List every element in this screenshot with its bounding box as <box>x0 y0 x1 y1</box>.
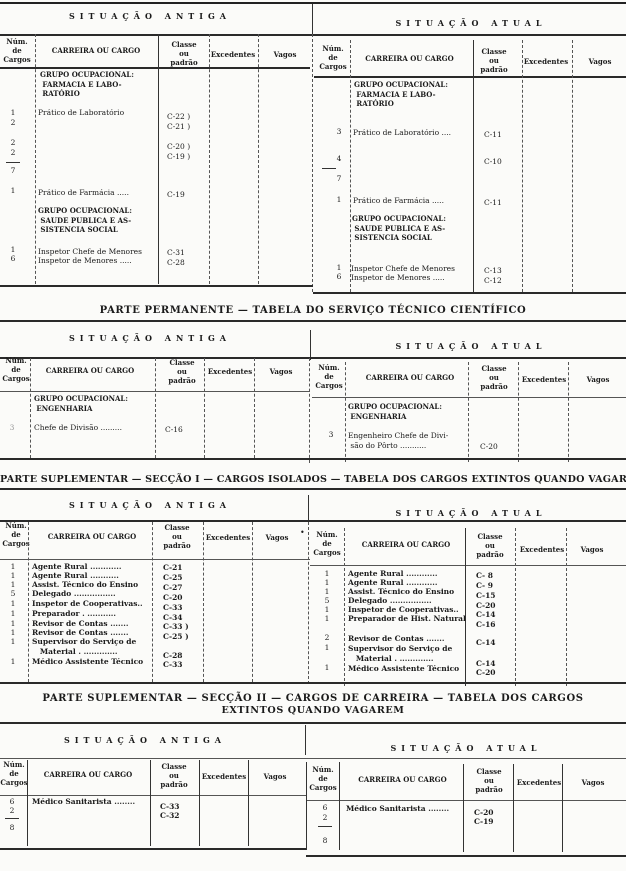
num-cargos: 3 <box>322 430 340 440</box>
col-divider <box>572 40 573 292</box>
col-divider <box>199 760 200 846</box>
cargo: Engenheiro Chefe de Divi- são do Pôrto .… <box>348 431 448 450</box>
col-num-header: Núm.deCargos <box>0 760 28 787</box>
classe: C-25 ) <box>163 632 189 642</box>
col-vagos-header: Vagos <box>252 533 302 542</box>
col-divider <box>254 358 255 458</box>
classe: C-21 ) <box>167 122 190 132</box>
cargo: Supervisor do Serviço de Material . ....… <box>348 644 452 663</box>
col-divider <box>158 34 159 284</box>
classe: C-33 <box>163 660 183 670</box>
col-num-header: Núm.deCargos <box>306 765 340 792</box>
section-bottom-rule <box>0 682 626 684</box>
classe: C-28 <box>167 258 185 268</box>
col-divider <box>312 34 313 292</box>
header-rule <box>0 758 626 759</box>
col-carreira-header: CARREIRA OU CARGO <box>32 532 152 541</box>
col-divider <box>27 760 28 846</box>
col-divider <box>518 362 519 462</box>
col-divider <box>30 358 31 458</box>
header-bottom-rule <box>306 800 626 801</box>
col-excedentes-header: Excedentes <box>202 533 254 542</box>
top-rule <box>0 2 626 4</box>
num-cargos: 5 <box>4 589 22 599</box>
col-divider <box>258 34 259 284</box>
col-carreira-header: CARREIRA OU CARGO <box>346 540 466 549</box>
col-classe-header: Classeoupadrão <box>160 40 208 67</box>
num-cargos: 1 <box>318 614 336 624</box>
classe: C-14 <box>476 638 496 648</box>
col-vagos-header: Vagos <box>256 367 306 376</box>
classe: C-15 <box>476 591 496 601</box>
section-bottom-rule <box>0 285 313 287</box>
num-cargos-total: 7 <box>330 174 348 184</box>
classe: C-16 <box>165 425 183 435</box>
divider <box>305 725 306 755</box>
col-num-header: Núm.deCargos <box>316 44 350 71</box>
section-title-line1: PARTE SUPLEMENTAR — SECÇÃO II — CARGOS D… <box>0 693 626 704</box>
section-title: PARTE PERMANENTE — TABELA DO SERVIÇO TÉC… <box>0 305 626 316</box>
section-bottom-rule <box>0 848 306 850</box>
num-cargos-total: 7 <box>4 166 22 176</box>
col-num-header: Núm.deCargos <box>0 356 32 383</box>
cargo: Prático de Laboratório .... <box>353 128 451 138</box>
col-classe-header: Classeoupadrão <box>470 364 518 391</box>
section-bottom-rule <box>0 458 626 460</box>
divider <box>310 330 311 360</box>
col-divider <box>35 34 36 284</box>
situacao-atual-title: SITUAÇÃO ATUAL <box>316 18 626 28</box>
group-title: GRUPO OCUPACIONAL: FARMACIA E LABO- RATÓ… <box>354 80 448 109</box>
cargo: Médico Sanitarista ........ <box>32 797 135 807</box>
col-divider <box>152 522 153 682</box>
header-bottom-rule <box>310 565 626 566</box>
col-divider <box>468 362 469 462</box>
col-divider <box>566 528 567 686</box>
asterisk-mark: • <box>300 528 305 537</box>
num-cargos: 6 <box>330 272 348 282</box>
col-vagos-header: Vagos <box>568 545 616 554</box>
classe: C-11 <box>484 130 502 140</box>
col-divider <box>150 760 151 846</box>
num-cargos: 2 <box>4 138 22 148</box>
classe: C-33 ) <box>163 622 189 632</box>
header-bottom-rule <box>0 795 306 796</box>
col-excedentes-header: Excedentes <box>522 57 570 66</box>
sum-rule <box>322 168 336 169</box>
situacao-antiga-title: SITUAÇÃO ANTIGA <box>0 333 300 343</box>
classe: C-19 <box>167 190 185 200</box>
sum-rule <box>318 826 332 827</box>
header-bottom-rule <box>312 397 626 398</box>
col-vagos-header: Vagos <box>574 375 622 384</box>
col-divider <box>344 528 345 686</box>
col-divider <box>522 40 523 292</box>
classe: C-33 <box>163 603 183 613</box>
header-rule <box>0 34 626 36</box>
col-divider <box>155 358 156 458</box>
group-title: GRUPO OCUPACIONAL: SAUDE PUBLICA E AS- S… <box>352 214 446 243</box>
situacao-atual-title: SITUAÇÃO ATUAL <box>316 341 626 351</box>
col-classe-header: Classeoupadrão <box>150 762 198 789</box>
cargo: Inspetor de Menores ..... <box>351 273 445 283</box>
col-divider <box>309 358 310 463</box>
col-carreira-header: CARREIRA OU CARGO <box>28 770 148 779</box>
num-cargos: 1 <box>330 195 348 205</box>
col-divider <box>345 362 346 462</box>
cargo: Médico Assistente Técnico <box>348 664 459 674</box>
title-rule <box>0 488 626 490</box>
group-title: GRUPO OCUPACIONAL: FARMACIA E LABO- RATÓ… <box>40 70 134 99</box>
col-divider <box>28 522 29 682</box>
sum-rule <box>6 162 20 163</box>
num-cargos: 3 <box>330 127 348 137</box>
col-excedentes-header: Excedentes <box>209 50 257 59</box>
col-excedentes-header: Excedentes <box>513 778 565 787</box>
situacao-atual-title: SITUAÇÃO ATUAL <box>316 743 616 753</box>
col-divider <box>339 762 340 850</box>
col-classe-header: Classeoupadrão <box>466 532 514 559</box>
cargo: Chefe de Divisão ......... <box>34 423 122 433</box>
title-rule <box>0 722 626 724</box>
num-cargos: 2 <box>318 633 336 643</box>
header-rule <box>0 357 626 359</box>
classe: C-20 <box>480 442 498 452</box>
classe: C-27 <box>163 583 183 593</box>
num-cargos: 1 <box>4 599 22 609</box>
classe: C-10 <box>484 157 502 167</box>
num-cargos-total: 8 <box>3 823 21 833</box>
num-cargos: 6 <box>316 803 334 813</box>
col-excedentes-header: Excedentes <box>520 375 568 384</box>
classe: C-20 <box>163 593 183 603</box>
classe: C-14 <box>476 610 496 620</box>
num-cargos-total: 8 <box>316 836 334 846</box>
num-cargos: 1 <box>4 108 22 118</box>
col-carreira-header: CARREIRA OU CARGO <box>30 366 150 375</box>
situacao-antiga-title: SITUAÇÃO ANTIGA <box>0 11 300 21</box>
col-divider <box>473 40 474 292</box>
cargo: Supervisor do Serviço de Material . ....… <box>32 637 136 656</box>
section-title: PARTE SUPLEMENTAR — SECÇÃO I — CARGOS IS… <box>0 474 626 485</box>
title-rule <box>0 320 626 322</box>
num-cargos: 1 <box>4 637 22 647</box>
col-vagos-header: Vagos <box>250 772 300 781</box>
classe: C-31 <box>167 248 185 258</box>
col-excedentes-header: Excedentes <box>199 772 249 781</box>
classe: C-16 <box>476 620 496 630</box>
classe: C-21 <box>163 563 183 573</box>
col-excedentes-header: Excedentes <box>206 367 254 376</box>
divider <box>312 4 313 34</box>
situacao-atual-title: SITUAÇÃO ATUAL <box>316 508 626 518</box>
col-num-header: Núm.deCargos <box>312 363 346 390</box>
num-cargos: 1 <box>318 643 336 653</box>
col-carreira-header: CARREIRA OU CARGO <box>350 373 470 382</box>
col-carreira-header: CARREIRA OU CARGO <box>36 46 156 55</box>
col-divider <box>209 34 210 284</box>
col-classe-header: Classeoupadrão <box>470 47 518 74</box>
col-divider <box>465 528 466 686</box>
cargo: Médico Sanitarista ........ <box>346 804 449 814</box>
num-cargos: 3 <box>3 423 21 433</box>
col-divider <box>308 522 309 684</box>
group-title: GRUPO OCUPACIONAL: ENGENHARIA <box>348 402 442 421</box>
situacao-antiga-title: SITUAÇÃO ANTIGA <box>0 500 300 510</box>
num-cargos: 1 <box>318 663 336 673</box>
col-divider <box>513 764 514 852</box>
cargo: Delegado ................ <box>32 589 116 599</box>
cargo: Preparador de Hist. Natural <box>348 614 466 624</box>
col-divider <box>515 528 516 686</box>
classe: C-19 <box>474 817 494 827</box>
col-num-header: Núm.deCargos <box>0 37 34 64</box>
col-divider <box>562 764 563 852</box>
classe: C-20 ) <box>167 142 190 152</box>
cargo: Prático de Laboratório <box>38 108 124 118</box>
classe: C-19 ) <box>167 152 190 162</box>
col-divider <box>203 522 204 682</box>
col-vagos-header: Vagos <box>260 50 310 59</box>
col-divider <box>463 764 464 852</box>
classe: C-12 <box>484 276 502 286</box>
cargo: Prático de Farmácia ..... <box>38 188 129 198</box>
col-divider <box>204 358 205 458</box>
cargo: Revisor de Contas ....... <box>348 634 445 644</box>
num-cargos: 1 <box>4 657 22 667</box>
col-carreira-header: CARREIRA OU CARGO <box>352 54 467 63</box>
classe: C-11 <box>484 198 502 208</box>
num-cargos: 1 <box>4 186 22 196</box>
col-carreira-header: CARREIRA OU CARGO <box>340 775 465 784</box>
cargo: Médico Assistente Técnico <box>32 657 143 667</box>
cargo: Preparador . ........... <box>32 609 116 619</box>
cargo: Inspetor de Menores ..... <box>38 256 132 266</box>
col-vagos-header: Vagos <box>568 778 618 787</box>
classe: C-20 <box>476 668 496 678</box>
num-cargos: 2 <box>316 813 334 823</box>
col-classe-header: Classeoupadrão <box>158 358 206 385</box>
classe: C- 9 <box>476 581 493 591</box>
section-bottom-rule <box>306 855 626 857</box>
col-divider <box>350 40 351 292</box>
col-num-header: Núm.deCargos <box>310 530 344 557</box>
num-cargos: 1 <box>4 609 22 619</box>
classe: C-13 <box>484 266 502 276</box>
num-cargos: 2 <box>4 118 22 128</box>
header-bottom-rule <box>314 76 626 78</box>
col-divider <box>248 760 249 846</box>
header-bottom-rule <box>0 559 310 560</box>
section-title-line2: EXTINTOS QUANDO VAGAREM <box>0 705 626 716</box>
num-cargos: 2 <box>4 148 22 158</box>
classe: C-22 ) <box>167 112 190 122</box>
classe: C- 8 <box>476 571 493 581</box>
group-title: GRUPO OCUPACIONAL: ENGENHARIA <box>34 394 128 413</box>
classe: C-25 <box>163 573 183 583</box>
group-title: GRUPO OCUPACIONAL: SAUDE PUBLICA E AS- S… <box>38 206 132 235</box>
situacao-antiga-title: SITUAÇÃO ANTIGA <box>0 735 290 745</box>
col-divider <box>306 762 307 850</box>
col-divider <box>568 362 569 462</box>
header-rule <box>0 520 626 522</box>
cargo: Inspetor de Cooperativas.. <box>32 599 143 609</box>
num-cargos: 2 <box>3 806 21 816</box>
col-divider <box>252 522 253 682</box>
sum-rule <box>5 818 19 819</box>
header-bottom-rule <box>0 67 310 69</box>
classe: C-32 <box>160 811 180 821</box>
col-excedentes-header: Excedentes <box>516 545 568 554</box>
cargo: Prático de Farmácia ..... <box>353 196 444 206</box>
num-cargos: 6 <box>4 254 22 264</box>
col-classe-header: Classeoupadrão <box>465 767 513 794</box>
col-vagos-header: Vagos <box>576 57 624 66</box>
num-cargos: 4 <box>330 154 348 164</box>
section-bottom-rule <box>313 292 626 294</box>
col-classe-header: Classeoupadrão <box>153 523 201 550</box>
